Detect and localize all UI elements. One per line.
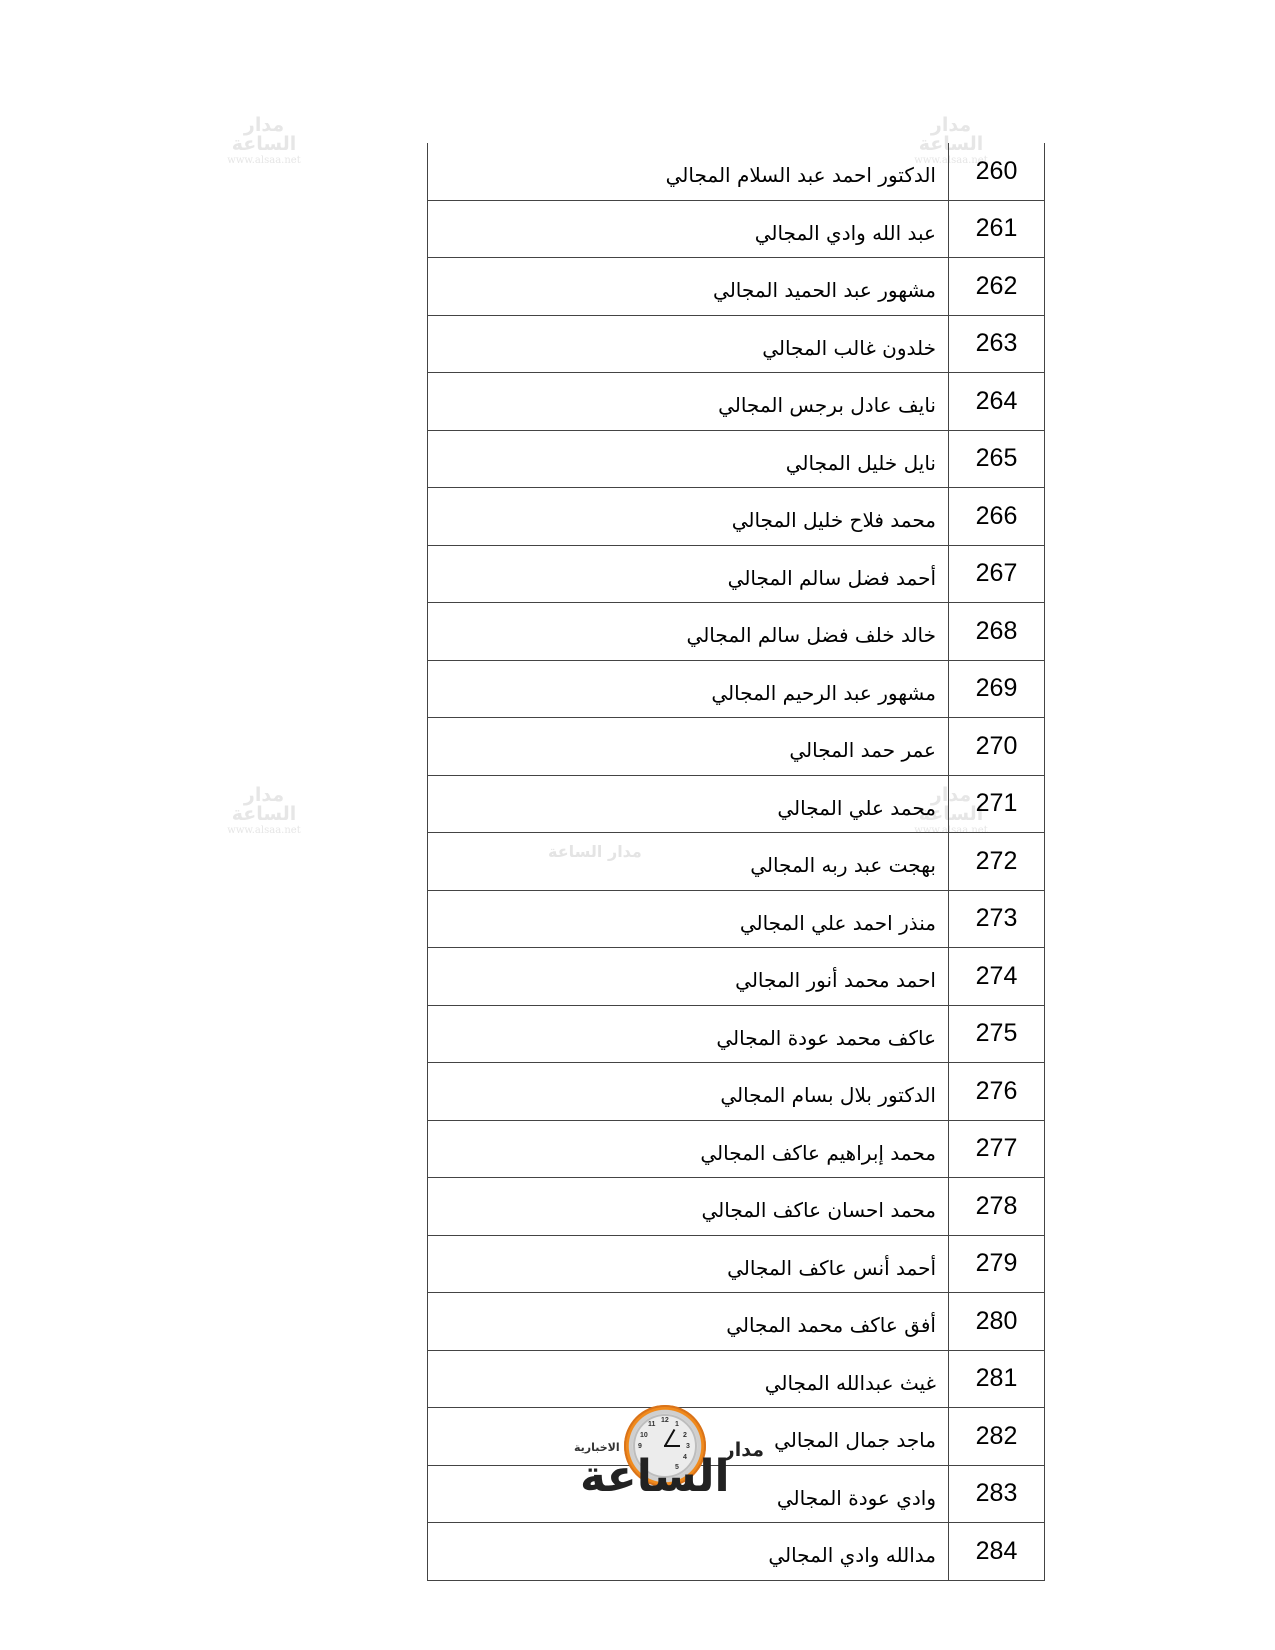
- row-name: الدكتور احمد عبد السلام المجالي: [428, 143, 949, 200]
- clock-number: 10: [640, 1432, 648, 1439]
- row-number: 269: [949, 660, 1045, 718]
- row-name: أحمد فضل سالم المجالي: [428, 545, 949, 603]
- row-name: الدكتور بلال بسام المجالي: [428, 1063, 949, 1121]
- clock-number: 9: [638, 1443, 642, 1450]
- row-name: مشهور عبد الرحيم المجالي: [428, 660, 949, 718]
- table-row: 278محمد احسان عاكف المجالي: [428, 1178, 1045, 1236]
- names-table: 260الدكتور احمد عبد السلام المجالي261عبد…: [427, 143, 1045, 1581]
- clock-number: 3: [686, 1443, 690, 1450]
- table-row: 267أحمد فضل سالم المجالي: [428, 545, 1045, 603]
- row-name: أحمد أنس عاكف المجالي: [428, 1235, 949, 1293]
- row-number: 272: [949, 833, 1045, 891]
- row-name: نايف عادل برجس المجالي: [428, 373, 949, 431]
- watermark-url: www.alsaa.net: [214, 826, 314, 836]
- table-row: 274احمد محمد أنور المجالي: [428, 948, 1045, 1006]
- row-name: منذر احمد علي المجالي: [428, 890, 949, 948]
- clock-number: 12: [661, 1417, 669, 1424]
- row-name: محمد إبراهيم عاكف المجالي: [428, 1120, 949, 1178]
- row-number: 280: [949, 1293, 1045, 1351]
- watermark-arabic: مدار الساعة: [214, 786, 314, 824]
- row-name: محمد فلاح خليل المجالي: [428, 488, 949, 546]
- row-name: أفق عاكف محمد المجالي: [428, 1293, 949, 1351]
- row-number: 276: [949, 1063, 1045, 1121]
- row-number: 265: [949, 430, 1045, 488]
- logo-main-word: الساعة: [580, 1455, 730, 1499]
- table-row: 263خلدون غالب المجالي: [428, 315, 1045, 373]
- table-row: 273منذر احمد علي المجالي: [428, 890, 1045, 948]
- row-name: خالد خلف فضل سالم المجالي: [428, 603, 949, 661]
- table-row: 265نايل خليل المجالي: [428, 430, 1045, 488]
- row-number: 263: [949, 315, 1045, 373]
- row-name: محمد علي المجالي: [428, 775, 949, 833]
- row-name: عاكف محمد عودة المجالي: [428, 1005, 949, 1063]
- table-row: 281غيث عبدالله المجالي: [428, 1350, 1045, 1408]
- row-name: مدالله وادي المجالي: [428, 1523, 949, 1581]
- row-name: عبد الله وادي المجالي: [428, 200, 949, 258]
- table-row: 268خالد خلف فضل سالم المجالي: [428, 603, 1045, 661]
- table-row: 269مشهور عبد الرحيم المجالي: [428, 660, 1045, 718]
- row-name: نايل خليل المجالي: [428, 430, 949, 488]
- row-number: 283: [949, 1465, 1045, 1523]
- table-row: 280أفق عاكف محمد المجالي: [428, 1293, 1045, 1351]
- row-number: 279: [949, 1235, 1045, 1293]
- table-row: 262مشهور عبد الحميد المجالي: [428, 258, 1045, 316]
- row-name: محمد احسان عاكف المجالي: [428, 1178, 949, 1236]
- table-row: 284مدالله وادي المجالي: [428, 1523, 1045, 1581]
- watermark-url: www.alsaa.net: [214, 156, 314, 166]
- row-number: 261: [949, 200, 1045, 258]
- row-number: 266: [949, 488, 1045, 546]
- watermark-top-left: مدار الساعة www.alsaa.net: [214, 116, 314, 166]
- row-number: 267: [949, 545, 1045, 603]
- table-row: 271محمد علي المجالي: [428, 775, 1045, 833]
- names-table-body: 260الدكتور احمد عبد السلام المجالي261عبد…: [428, 143, 1045, 1580]
- row-number: 262: [949, 258, 1045, 316]
- table-row: 276الدكتور بلال بسام المجالي: [428, 1063, 1045, 1121]
- row-number: 271: [949, 775, 1045, 833]
- row-number: 260: [949, 143, 1045, 200]
- row-number: 268: [949, 603, 1045, 661]
- row-name: خلدون غالب المجالي: [428, 315, 949, 373]
- clock-number: 1: [675, 1421, 679, 1428]
- table-row: 272بهجت عبد ربه المجالي: [428, 833, 1045, 891]
- alsaa-logo: الاخبارية 12 1 2 3 9 10 11 4 5 مدار السا…: [574, 1405, 764, 1505]
- watermark-center: مدار الساعة: [548, 842, 642, 861]
- row-name: عمر حمد المجالي: [428, 718, 949, 776]
- watermark-mid-left: مدار الساعة www.alsaa.net: [214, 786, 314, 836]
- row-number: 282: [949, 1408, 1045, 1466]
- row-number: 274: [949, 948, 1045, 1006]
- table-row: 279أحمد أنس عاكف المجالي: [428, 1235, 1045, 1293]
- names-table-container: 260الدكتور احمد عبد السلام المجالي261عبد…: [427, 143, 1045, 1581]
- table-row: 275عاكف محمد عودة المجالي: [428, 1005, 1045, 1063]
- row-name: بهجت عبد ربه المجالي: [428, 833, 949, 891]
- row-number: 281: [949, 1350, 1045, 1408]
- row-name: غيث عبدالله المجالي: [428, 1350, 949, 1408]
- row-number: 264: [949, 373, 1045, 431]
- table-row: 277محمد إبراهيم عاكف المجالي: [428, 1120, 1045, 1178]
- row-name: مشهور عبد الحميد المجالي: [428, 258, 949, 316]
- watermark-arabic: مدار الساعة: [214, 116, 314, 154]
- table-row: 264نايف عادل برجس المجالي: [428, 373, 1045, 431]
- table-row: 270عمر حمد المجالي: [428, 718, 1045, 776]
- row-number: 284: [949, 1523, 1045, 1581]
- row-number: 275: [949, 1005, 1045, 1063]
- table-row: 260الدكتور احمد عبد السلام المجالي: [428, 143, 1045, 200]
- clock-number: 2: [683, 1432, 687, 1439]
- logo-top-word: مدار: [724, 1439, 764, 1461]
- row-name: احمد محمد أنور المجالي: [428, 948, 949, 1006]
- row-number: 273: [949, 890, 1045, 948]
- clock-hour-hand: [664, 1445, 680, 1447]
- row-number: 278: [949, 1178, 1045, 1236]
- table-row: 266محمد فلاح خليل المجالي: [428, 488, 1045, 546]
- row-number: 277: [949, 1120, 1045, 1178]
- clock-number: 11: [648, 1421, 655, 1428]
- row-number: 270: [949, 718, 1045, 776]
- table-row: 261عبد الله وادي المجالي: [428, 200, 1045, 258]
